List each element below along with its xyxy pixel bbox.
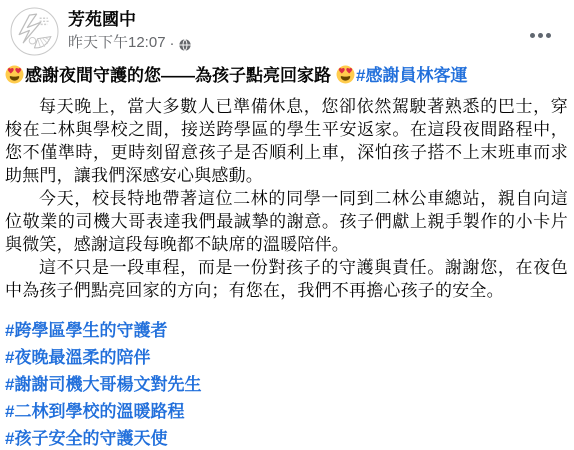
hashtag-link[interactable]: #夜晚最溫柔的陪伴	[5, 344, 568, 371]
page-name[interactable]: 芳苑國中	[68, 9, 191, 31]
more-options-button[interactable]	[524, 24, 556, 46]
post-body: 每天晚上，當大多數人已準備休息，您卻依然駕駛著熟悉的巴士，穿梭在二林與學校之間，…	[5, 95, 568, 302]
facebook-post: 芳苑國中 昨天下午12:07 ·	[0, 0, 574, 450]
post-paragraph: 每天晚上，當大多數人已準備休息，您卻依然駕駛著熟悉的巴士，穿梭在二林與學校之間，…	[5, 95, 568, 187]
header-text: 芳苑國中 昨天下午12:07 ·	[68, 7, 191, 52]
heart-eyes-emoji	[336, 65, 355, 84]
more-options-icon	[530, 33, 535, 38]
post-timestamp[interactable]: 昨天下午12:07	[68, 34, 166, 52]
meta-separator: ·	[170, 35, 175, 52]
post-headline: 感謝夜間守護的您——為孩子點亮回家路 #感謝員林客運	[5, 64, 568, 88]
post-paragraph: 今天，校長特地帶著這位二林的同學一同到二林公車總站，親自向這位敬業的司機大哥表達…	[5, 187, 568, 256]
post-paragraph: 這不只是一段車程，而是一份對孩子的守護與責任。謝謝您，在夜色中為孩子們點亮回家的…	[5, 256, 568, 302]
post-content: 感謝夜間守護的您——為孩子點亮回家路 #感謝員林客運 每天晚上，當大多數人已準備…	[0, 64, 574, 450]
post-header: 芳苑國中 昨天下午12:07 ·	[0, 0, 574, 58]
hashtag-link[interactable]: #孩子安全的守護天使	[5, 425, 568, 450]
post-meta: 昨天下午12:07 ·	[68, 34, 191, 52]
headline-hashtag-link[interactable]: #感謝員林客運	[356, 66, 467, 85]
globe-icon	[179, 38, 191, 50]
school-logo-avatar-icon	[10, 7, 59, 56]
hashtag-link[interactable]: #謝謝司機大哥楊文對先生	[5, 371, 568, 398]
hashtag-link[interactable]: #跨學區學生的守護者	[5, 317, 568, 344]
hashtag-link[interactable]: #二林到學校的溫暖路程	[5, 398, 568, 425]
heart-eyes-emoji	[5, 65, 24, 84]
headline-text: 感謝夜間守護的您——為孩子點亮回家路	[25, 66, 331, 85]
page-avatar[interactable]	[10, 7, 59, 56]
hashtag-list: #跨學區學生的守護者 #夜晚最溫柔的陪伴 #謝謝司機大哥楊文對先生 #二林到學校…	[5, 317, 568, 450]
